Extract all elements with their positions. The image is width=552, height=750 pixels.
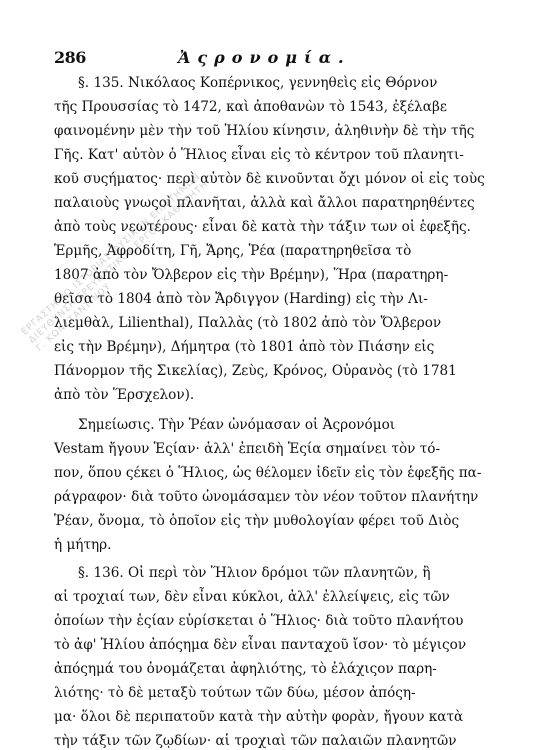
paragraph-135-line: εἰς τὴν Βρέμην), Δήμητρα (τὸ 1801 ἀπὸ τὸ… xyxy=(54,335,390,359)
paragraph-136-line: μα· ὅλοι δὲ περιπατοῦν κατὰ τὴν αὐτὴν φο… xyxy=(54,705,390,729)
paragraph-135-line: τῆς Προυσσίας τὸ 1472, καὶ ἀποθανὼν τὸ 1… xyxy=(54,95,390,119)
note-line: πον, ὅπου ςέκει ὁ Ἥλιος, ὡς θέλομεν ἰδεῖ… xyxy=(54,461,390,485)
paragraph-136-line: αἱ τροχιαί των, δὲν εἶναι κύκλοι, ἀλλ' ἐ… xyxy=(54,585,390,609)
paragraph-136-line: τὸ ἀφ' Ἡλίου ἀπόςημα δὲν εἶναι πανταχοῦ … xyxy=(54,633,390,657)
paragraph-136-line: §. 136. Οἱ περὶ τὸν Ἥλιον δρόμοι τῶν πλα… xyxy=(54,561,390,585)
paragraph-135-line: λιεμθὰλ, Lilienthal), Παλλὰς (τὸ 1802 ἀπ… xyxy=(54,311,390,335)
paragraph-135-line: Γῆς. Κατ' αὐτὸν ὁ Ἥλιος εἶναι εἰς τὸ κέν… xyxy=(54,143,390,167)
paragraph-135-line: Ἑρμῆς, Ἀφροδίτη, Γῆ, Ἄρης, Ῥέα (παρατηρη… xyxy=(54,239,390,263)
paragraph-135-line: 1807 ἀπὸ τὸν Ὄλβερον εἰς τὴν Βρέμην), Ἥρ… xyxy=(54,263,390,287)
book-page: ΕΡΓΑΣΤΗΡΙΟ ΙΣΤΟΡΙΑΣ ΦΥΣΙΚΩΝ ΕΠΙΣΤΗΜΩΝ ΔΙ… xyxy=(0,0,552,750)
paragraph-135-line: θεῖσα τὸ 1804 ἀπὸ τὸν Ἄρδιγγον (Harding)… xyxy=(54,287,390,311)
note-line: ἡ μήτηρ. xyxy=(54,533,390,557)
note-line: Σημείωσις. Τὴν Ῥέαν ὠνόμασαν οἱ Ἀςρονόμο… xyxy=(54,413,390,437)
note-line: ράγραφον· διὰ τοῦτο ὠνομάσαμεν τὸν νέον … xyxy=(54,485,390,509)
paragraph-135-line: §. 135. Νικόλαος Κοπέρνικος, γεννηθεὶς ε… xyxy=(54,71,390,95)
paragraph-136-line: ἀπόςημά του ὀνομάζεται ἀφηλιότης, τὸ ἐλά… xyxy=(54,657,390,681)
note-line: Vestam ἤγουν Ἑςίαν· ἀλλ' ἐπειδὴ Ἑςία σημ… xyxy=(54,437,390,461)
paragraph-135-line: ἀπὸ τοὺς νεωτέρους· εἶναι δὲ κατὰ τὴν τά… xyxy=(54,215,390,239)
note-line: Ῥέαν, ὄνομα, τὸ ὁποῖον εἰς τὴν μυθολογία… xyxy=(54,509,390,533)
paragraph-136-line: ὁποίων τὴν ἑςίαν εὑρίσκεται ὁ Ἥλιος· διὰ… xyxy=(54,609,390,633)
paragraph-135-line: Πάνορμον τῆς Σικελίας), Ζεὺς, Κρόνος, Οὐ… xyxy=(54,359,390,383)
paragraph-136-line: τὴν τάξιν τῶν ζῳδίων· αἱ τροχιαὶ τῶν παλ… xyxy=(54,729,390,750)
page-number: 286 xyxy=(54,48,86,67)
paragraph-135-line: ἀπὸ τὸν Ἕρσχελον). xyxy=(54,383,390,407)
paragraph-135-line: κοῦ συςήματος· περὶ αὐτὸν δὲ κινοῦνται ὄ… xyxy=(54,167,390,191)
page-header: 286 Ἀςρονομία. xyxy=(54,48,414,68)
paragraph-135-line: φαινομένην μὲν τὴν τοῦ Ἡλίου κίνησιν, ἀλ… xyxy=(54,119,390,143)
paragraph-136-line: λιότης· τὸ δὲ μεταξὺ τούτων τῶν δύω, μέσ… xyxy=(54,681,390,705)
running-title: Ἀςρονομία. xyxy=(178,48,351,67)
paragraph-135-line: παλαιοὺς γνωςοὶ πλανῆται, ἀλλὰ καὶ ἄλλοι… xyxy=(54,191,390,215)
